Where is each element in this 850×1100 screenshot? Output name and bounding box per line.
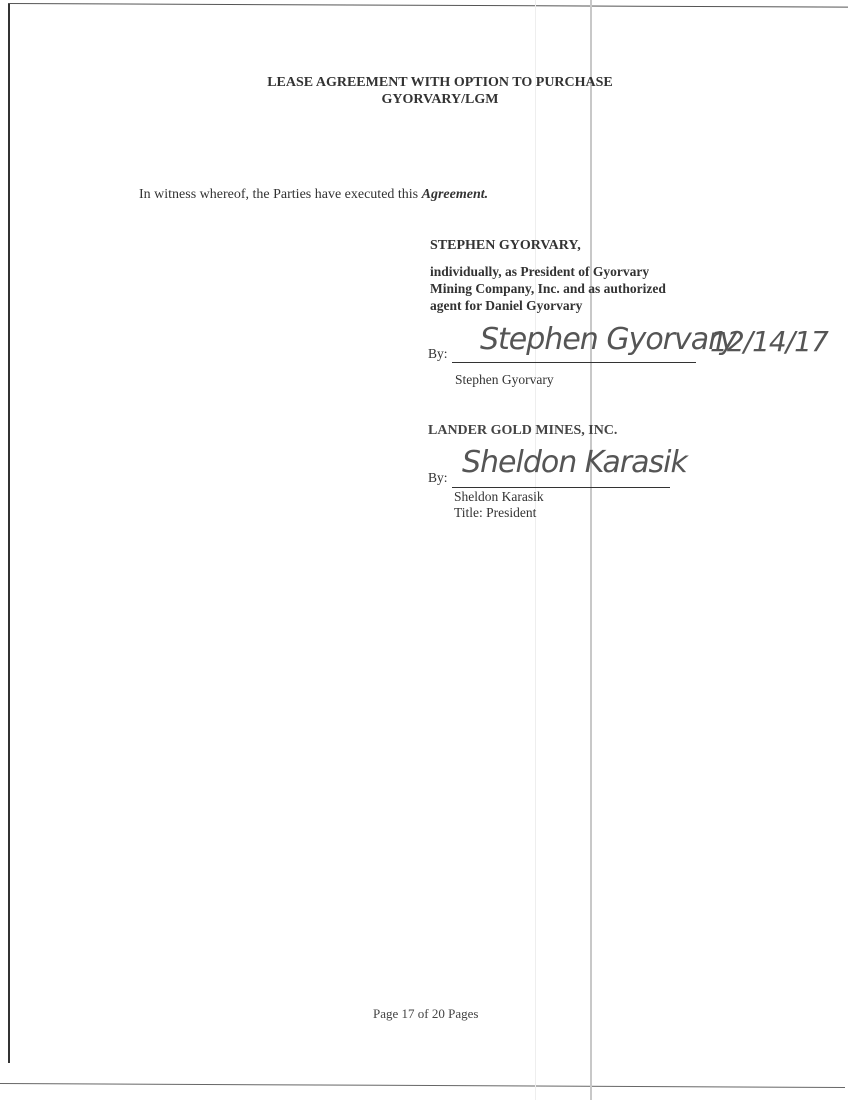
document-title: LEASE AGREEMENT WITH OPTION TO PURCHASE — [0, 75, 850, 91]
scan-line — [590, 0, 592, 1100]
party1-printed-name: Stephen Gyorvary — [455, 372, 554, 388]
party1-signature-date: 12/14/17 — [710, 325, 828, 358]
party2-name: LANDER GOLD MINES, INC. — [428, 423, 617, 439]
party2-by-label: By: — [428, 470, 448, 486]
page-edge-top — [8, 3, 848, 8]
witness-clause: In witness whereof, the Parties have exe… — [139, 187, 488, 203]
party1-capacity-2: Mining Company, Inc. and as authorized — [430, 281, 666, 297]
party1-signature: Stephen Gyorvary — [480, 322, 736, 357]
page-edge-left — [8, 3, 10, 1063]
party1-capacity-1: individually, as President of Gyorvary — [430, 264, 649, 280]
page-number: Page 17 of 20 Pages — [373, 1006, 478, 1022]
witness-text: In witness whereof, the Parties have exe… — [139, 187, 422, 202]
scan-line-faint — [535, 0, 536, 1100]
page-edge-bottom — [0, 1083, 845, 1088]
witness-emphasis: Agreement. — [422, 187, 489, 202]
party2-title: Title: President — [454, 505, 536, 521]
party1-name: STEPHEN GYORVARY, — [430, 238, 581, 254]
party2-signature-line — [452, 487, 670, 488]
document-subtitle: GYORVARY/LGM — [0, 92, 850, 108]
party1-by-label: By: — [428, 346, 448, 362]
party1-signature-line — [452, 362, 696, 363]
party1-capacity-3: agent for Daniel Gyorvary — [430, 298, 582, 314]
party2-printed-name: Sheldon Karasik — [454, 489, 544, 505]
party2-signature: Sheldon Karasik — [462, 445, 687, 480]
